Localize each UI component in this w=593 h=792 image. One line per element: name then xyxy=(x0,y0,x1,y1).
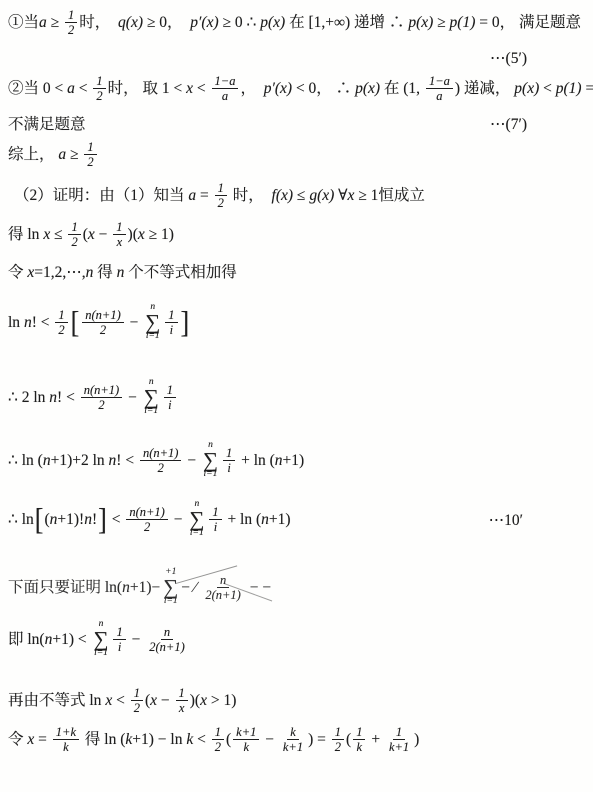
text-run: + ln ( xyxy=(224,511,262,529)
summation-lower-limit: i=1 xyxy=(204,470,218,480)
math-variable: p(x) xyxy=(355,80,380,98)
fraction-denominator: k xyxy=(354,740,366,754)
fraction-denominator: 2 xyxy=(212,740,224,754)
summation-lower-limit: i=1 xyxy=(144,407,158,417)
fraction-numerator: 1 xyxy=(353,725,365,740)
fraction: n(n+1)2 xyxy=(81,383,123,412)
fraction-numerator: 1−a xyxy=(212,74,239,89)
text-run: ≤ xyxy=(293,187,309,205)
text-run: 在 [1,+∞) 递增 ∴ xyxy=(285,14,408,32)
fraction: 1x xyxy=(113,220,125,249)
math-variable: x xyxy=(43,226,50,244)
text-run: > 1) xyxy=(207,692,236,710)
math-variable: g(x) xyxy=(309,187,334,205)
math-variable: x xyxy=(150,692,157,710)
fraction-denominator: 2 xyxy=(141,520,153,534)
fraction: 12 xyxy=(68,220,80,249)
fraction-numerator: k xyxy=(287,725,299,740)
fraction-numerator: n(n+1) xyxy=(126,505,168,520)
fraction-numerator: 1 xyxy=(113,625,125,640)
step1-line: ①当a ≥ 12时， q(x) ≥ 0， p′(x) ≥ 0 ∴ p(x) 在 … xyxy=(8,8,581,37)
lnx-ineq-line: 得 ln x ≤ 12(x − 1x)(x ≥ 1) xyxy=(8,220,174,249)
fraction: 12 xyxy=(131,686,143,715)
math-variable: n xyxy=(49,389,57,407)
math-variable: a xyxy=(58,146,66,164)
text-run: − xyxy=(170,511,187,529)
text-run: +1) xyxy=(269,511,291,529)
big-bracket: ] xyxy=(98,504,107,535)
big-bracket: ] xyxy=(181,307,190,338)
fraction: 1+kk xyxy=(53,725,79,754)
math-variable: f(x) xyxy=(272,187,294,205)
text-run: ∴ ln ( xyxy=(8,452,43,470)
fraction-denominator: k xyxy=(60,740,72,754)
text-run: ⋯10′ xyxy=(489,512,523,530)
text-run: 时， 取 1 < xyxy=(108,80,187,98)
fraction-numerator: n xyxy=(217,573,229,588)
fraction-denominator: 2 xyxy=(95,398,107,412)
summation: n∑i=1 xyxy=(94,620,109,659)
summation-lower-limit: i=1 xyxy=(190,529,204,539)
text-run: + ln ( xyxy=(237,452,275,470)
fraction: 1−aa xyxy=(426,74,453,103)
text-run: ( xyxy=(346,731,351,749)
text-run: + xyxy=(367,731,384,749)
math-variable: n xyxy=(86,264,94,282)
fraction-denominator: x xyxy=(176,701,188,715)
fraction: 12 xyxy=(215,181,227,210)
fraction-denominator: 2 xyxy=(65,23,77,37)
summation: n∑i=1 xyxy=(189,500,204,539)
text-run: ( xyxy=(226,731,231,749)
fraction: n(n+1)2 xyxy=(82,308,124,337)
fraction: 1k+1 xyxy=(386,725,412,754)
text-run: − xyxy=(124,389,141,407)
text-run: − − xyxy=(246,579,271,597)
text-run: ≥ xyxy=(66,146,82,164)
math-variable: n xyxy=(24,314,32,332)
ie-line: 即 ln(n+1) < n∑i=11i − n2(n+1) xyxy=(8,620,190,659)
text-run: 令 xyxy=(8,264,27,282)
text-run: ≥ 0 ∴ xyxy=(219,14,261,32)
to-prove-line: 下面只要证明 ln(n+1)−+1∑i=1− ∕ n2(n+1) − − xyxy=(8,568,271,607)
fraction: 1i xyxy=(113,625,125,654)
fraction: n(n+1)2 xyxy=(126,505,168,534)
fraction-denominator: 2(n+1) xyxy=(146,640,188,654)
sigma-symbol: ∑ xyxy=(203,451,218,470)
fraction-denominator: a xyxy=(219,89,231,103)
text-run: ! xyxy=(92,511,97,529)
sigma-symbol: ∑ xyxy=(94,630,109,649)
text-run: 再由不等式 ln xyxy=(8,692,105,710)
math-variable: q(x) xyxy=(118,14,143,32)
again-ineq-line: 再由不等式 ln x < 12(x − 1x)(x > 1) xyxy=(8,686,236,715)
math-variable: p(x) xyxy=(514,80,539,98)
text-run: 下面只要证明 ln( xyxy=(8,579,122,597)
text-run: 得 xyxy=(93,264,116,282)
math-variable: p(1) xyxy=(450,14,476,32)
text-run: ②当 0 < xyxy=(8,80,67,98)
fraction-numerator: 1 xyxy=(209,505,221,520)
score-mark-7: ⋯(7′) xyxy=(490,116,527,134)
text-run: 即 ln( xyxy=(8,631,45,649)
summation-lower-limit: i=1 xyxy=(146,332,160,342)
text-run: （2）证明：由（1）知当 xyxy=(14,187,188,205)
text-run: 在 (1, xyxy=(380,80,424,98)
text-run: − xyxy=(157,692,174,710)
math-variable: p(x) xyxy=(260,14,285,32)
math-variable: x xyxy=(88,226,95,244)
text-run: ①当 xyxy=(8,14,39,32)
math-variable: n xyxy=(43,452,51,470)
fraction-numerator: 1 xyxy=(68,220,80,235)
text-run: +1)! xyxy=(57,511,84,529)
math-variable: n xyxy=(122,579,130,597)
text-run: < 0， ∴ xyxy=(292,80,355,98)
text-run: ≥ xyxy=(47,14,63,32)
text-run: ⋯(5′) xyxy=(490,50,527,68)
text-run: 时， xyxy=(229,187,272,205)
text-run: 得 ln xyxy=(8,226,43,244)
text-run: < xyxy=(75,80,92,98)
text-run: +1)+2 ln xyxy=(51,452,109,470)
math-variable: x xyxy=(186,80,193,98)
fraction-numerator: 1 xyxy=(93,74,105,89)
math-variable: k xyxy=(186,731,193,749)
text-run: = 0， 满足题意 xyxy=(475,14,581,32)
text-run: 不满足题意 xyxy=(8,116,86,134)
fraction: 1k xyxy=(353,725,365,754)
text-run: 个不等式相加得 xyxy=(124,264,236,282)
step2-line: ②当 0 < a < 12时， 取 1 < x < 1−aa， p′(x) < … xyxy=(8,74,593,103)
text-run: − xyxy=(183,452,200,470)
combined-ln-line: ∴ ln[(n+1)!n!] < n(n+1)2 − n∑i=11i + ln … xyxy=(8,500,291,539)
fraction-numerator: 1 xyxy=(212,725,224,740)
math-variable: p′(x) xyxy=(190,14,218,32)
fraction-numerator: k+1 xyxy=(233,725,259,740)
fraction: 1−aa xyxy=(212,74,239,103)
text-run: ∴ 2 ln xyxy=(8,389,49,407)
text-run: ∴ ln xyxy=(8,511,34,529)
fraction-denominator: i xyxy=(224,461,233,475)
conclusion-line: 综上， a ≥ 12 xyxy=(8,140,99,169)
text-run: = 0， xyxy=(582,80,593,98)
math-variable: p(x) xyxy=(408,14,433,32)
fraction: 1i xyxy=(223,446,235,475)
text-run: − xyxy=(181,579,194,597)
text-run: +1) − ln xyxy=(132,731,186,749)
text-run: +1)− xyxy=(130,579,160,597)
math-variable: a xyxy=(39,14,47,32)
fraction-numerator: 1 xyxy=(113,220,125,235)
fraction-numerator: 1 xyxy=(165,308,177,323)
sigma-symbol: ∑ xyxy=(145,313,160,332)
fraction-numerator: 1 xyxy=(215,181,227,196)
math-variable: ∕ xyxy=(194,579,200,597)
fraction-denominator: a xyxy=(433,89,445,103)
text-run: 令 xyxy=(8,731,27,749)
fraction: 12 xyxy=(212,725,224,754)
math-variable: n xyxy=(261,511,269,529)
text-run: 得 ln ( xyxy=(81,731,125,749)
fraction-denominator: i xyxy=(211,520,220,534)
fraction: n2(n+1) xyxy=(202,573,244,602)
summation: n∑i=1 xyxy=(203,441,218,480)
fraction-denominator: 2 xyxy=(93,89,105,103)
fraction-denominator: 2 xyxy=(215,196,227,210)
text-run: =1,2,⋯, xyxy=(34,264,85,282)
text-run: < xyxy=(112,692,129,710)
not-satisfy-line: 不满足题意 xyxy=(8,116,86,134)
fraction-denominator: 2 xyxy=(55,323,67,337)
text-run: 综上， xyxy=(8,146,58,164)
sigma-symbol: ∑ xyxy=(163,578,178,597)
text-run: ) 递减， xyxy=(455,80,514,98)
let-x-line: 令 x=1,2,⋯,n 得 n 个不等式相加得 xyxy=(8,264,237,282)
text-run: ) = xyxy=(308,731,330,749)
document-page: ①当a ≥ 12时， q(x) ≥ 0， p′(x) ≥ 0 ∴ p(x) 在 … xyxy=(0,0,593,792)
text-run: )( xyxy=(128,226,138,244)
text-run: 时， xyxy=(79,14,118,32)
fraction-denominator: 2 xyxy=(68,235,80,249)
fraction-denominator: 2 xyxy=(97,323,109,337)
fraction: n(n+1)2 xyxy=(140,446,182,475)
summation-lower-limit: i=1 xyxy=(164,597,178,607)
fraction-numerator: 1 xyxy=(55,308,67,323)
fraction-denominator: 2 xyxy=(131,701,143,715)
fraction: 12 xyxy=(332,725,344,754)
fraction-denominator: 2 xyxy=(84,155,96,169)
text-run: ≥ 0， xyxy=(143,14,190,32)
fraction-numerator: 1 xyxy=(84,140,96,155)
two-ln-line: ∴ 2 ln n! < n(n+1)2 − n∑i=11i xyxy=(8,378,178,417)
fraction: 12 xyxy=(93,74,105,103)
text-run: − xyxy=(128,631,145,649)
text-run: ! < xyxy=(32,314,54,332)
sigma-symbol: ∑ xyxy=(189,510,204,529)
text-run: − xyxy=(261,731,278,749)
fraction-numerator: 1 xyxy=(332,725,344,740)
math-variable: n xyxy=(117,264,125,282)
fraction-numerator: 1 xyxy=(164,383,176,398)
fraction-numerator: n xyxy=(161,625,173,640)
ln-factorial-line: ln n! < 12[n(n+1)2 − n∑i=11i] xyxy=(8,303,190,342)
fraction-denominator: k+1 xyxy=(386,740,412,754)
fraction: 1i xyxy=(164,383,176,412)
fraction-denominator: 2 xyxy=(155,461,167,475)
big-bracket: [ xyxy=(35,504,44,535)
text-run: = xyxy=(34,731,51,749)
text-run: ≥ 1恒成立 xyxy=(354,187,425,205)
fraction: 12 xyxy=(65,8,77,37)
fraction-numerator: 1 xyxy=(393,725,405,740)
fraction-denominator: k+1 xyxy=(280,740,306,754)
fraction-numerator: 1 xyxy=(223,446,235,461)
text-run: ! < xyxy=(57,389,79,407)
text-run: < xyxy=(539,80,556,98)
math-variable: x xyxy=(105,692,112,710)
math-variable: n xyxy=(109,452,117,470)
fraction-numerator: 1 xyxy=(176,686,188,701)
text-run: +1) xyxy=(283,452,305,470)
fraction: 1i xyxy=(209,505,221,534)
text-run: ! < xyxy=(116,452,138,470)
let-k-line: 令 x = 1+kk 得 ln (k+1) − ln k < 12(k+1k −… xyxy=(8,725,419,754)
text-run: ≥ 1) xyxy=(145,226,174,244)
text-run: = xyxy=(196,187,213,205)
text-run: ∀ xyxy=(334,187,347,205)
text-run: < xyxy=(108,511,125,529)
text-run: < xyxy=(193,731,210,749)
text-run: ) xyxy=(414,731,419,749)
fraction-numerator: 1 xyxy=(65,8,77,23)
fraction: 12 xyxy=(55,308,67,337)
summation: +1∑i=1 xyxy=(163,568,178,607)
score-mark-10: ⋯10′ xyxy=(489,512,523,530)
text-run: < xyxy=(193,80,210,98)
math-variable: n xyxy=(275,452,283,470)
math-variable: p′(x) xyxy=(264,80,292,98)
fraction: 1x xyxy=(176,686,188,715)
fraction: 12 xyxy=(84,140,96,169)
fraction-denominator: i xyxy=(115,640,124,654)
fraction: 1i xyxy=(165,308,177,337)
fraction-denominator: 2 xyxy=(332,740,344,754)
text-run: ≤ xyxy=(50,226,66,244)
add-ln-line: ∴ ln (n+1)+2 ln n! < n(n+1)2 − n∑i=11i +… xyxy=(8,441,304,480)
summation: n∑i=1 xyxy=(144,378,159,417)
fraction-numerator: 1 xyxy=(131,686,143,701)
text-run: ， xyxy=(240,80,263,98)
fraction-numerator: n(n+1) xyxy=(81,383,123,398)
summation: n∑i=1 xyxy=(145,303,160,342)
math-variable: a xyxy=(188,187,196,205)
fraction-numerator: n(n+1) xyxy=(82,308,124,323)
fraction: k+1k xyxy=(233,725,259,754)
text-run: +1) < xyxy=(52,631,90,649)
text-run: ≥ xyxy=(433,14,449,32)
math-variable: x xyxy=(27,731,34,749)
fraction-denominator: i xyxy=(167,323,176,337)
fraction-denominator: k xyxy=(240,740,252,754)
fraction-numerator: 1+k xyxy=(53,725,79,740)
text-run: )( xyxy=(190,692,200,710)
fraction-denominator: x xyxy=(114,235,126,249)
math-variable: n xyxy=(84,511,92,529)
math-variable: a xyxy=(67,80,75,98)
text-run: ⋯(7′) xyxy=(490,116,527,134)
big-bracket: [ xyxy=(71,307,80,338)
summation-lower-limit: i=1 xyxy=(94,649,108,659)
math-variable: x xyxy=(138,226,145,244)
math-variable: x xyxy=(348,187,355,205)
text-run: − xyxy=(95,226,112,244)
text-run: − xyxy=(126,314,143,332)
fraction-denominator: 2(n+1) xyxy=(202,588,244,602)
text-run: ln xyxy=(8,314,24,332)
fraction-numerator: 1−a xyxy=(426,74,453,89)
fraction-numerator: n(n+1) xyxy=(140,446,182,461)
fraction: kk+1 xyxy=(280,725,306,754)
fraction-denominator: i xyxy=(165,398,174,412)
sigma-symbol: ∑ xyxy=(144,388,159,407)
score-mark-5: ⋯(5′) xyxy=(490,50,527,68)
part2-proof-line: （2）证明：由（1）知当 a = 12 时， f(x) ≤ g(x) ∀x ≥ … xyxy=(14,181,425,210)
fraction: n2(n+1) xyxy=(146,625,188,654)
math-variable: p(1) xyxy=(556,80,582,98)
math-variable: x xyxy=(200,692,207,710)
